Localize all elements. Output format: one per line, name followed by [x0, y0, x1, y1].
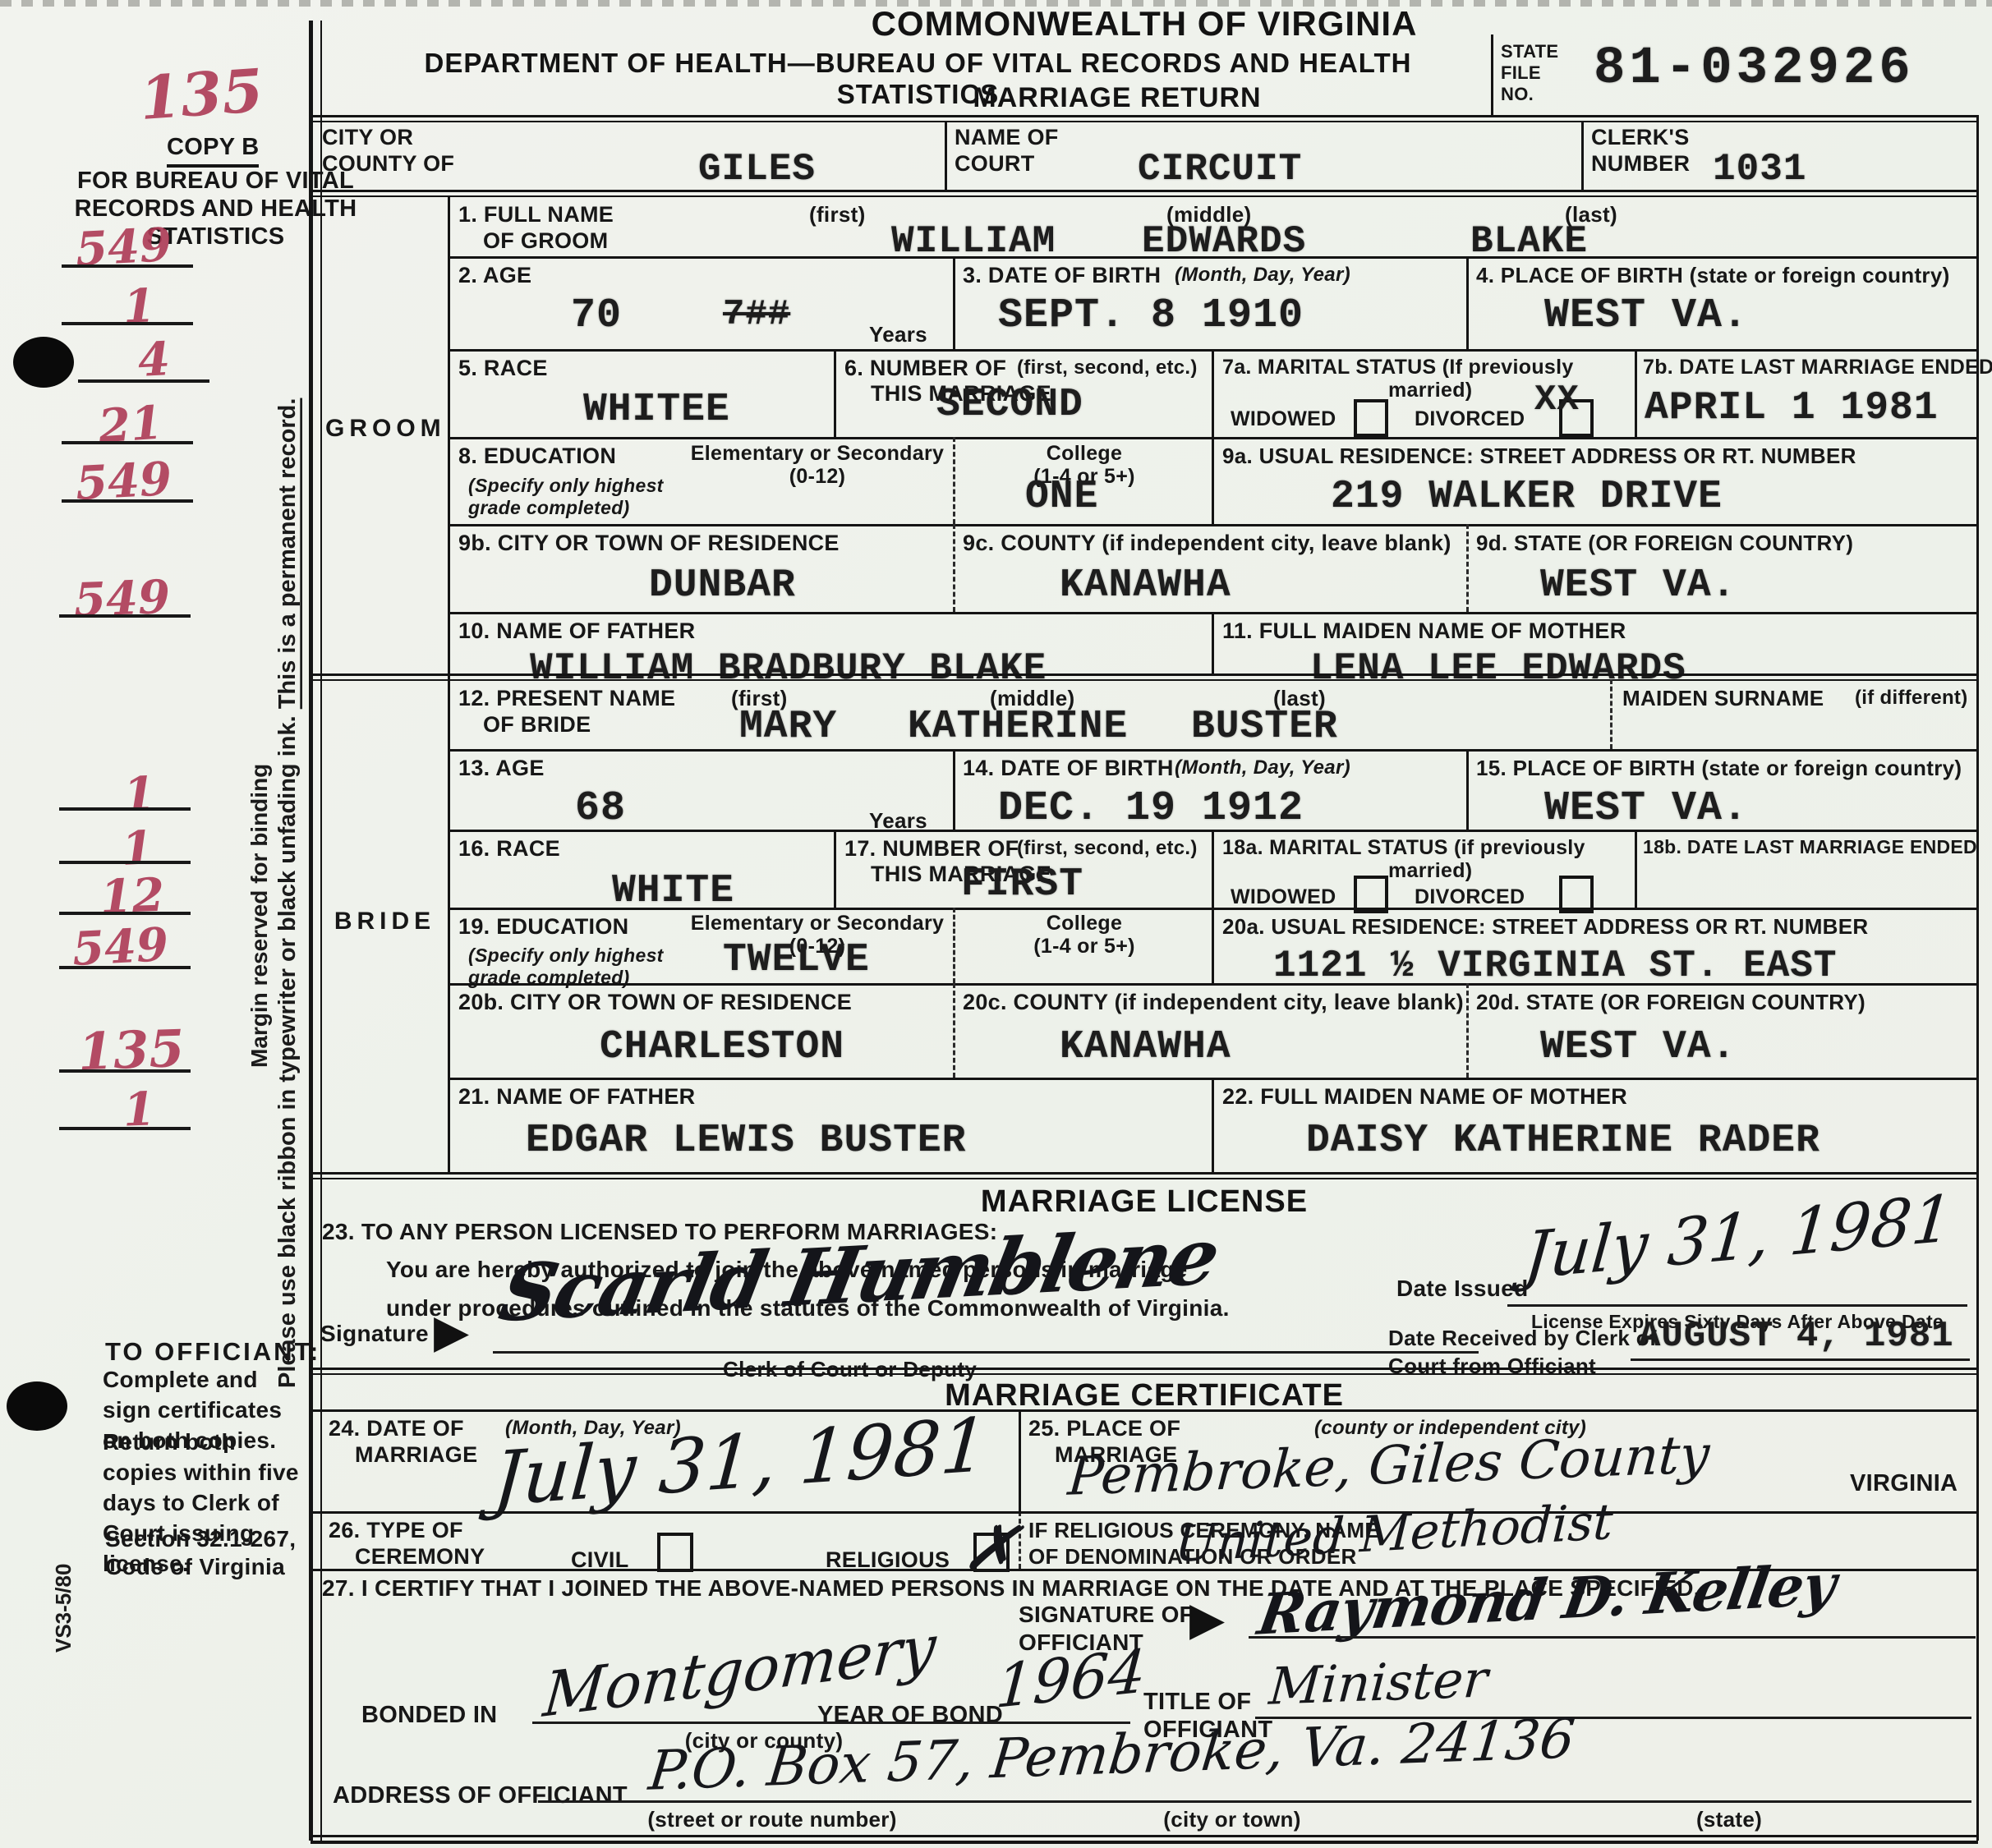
section-rule — [311, 1368, 1978, 1370]
cell-divider — [834, 830, 836, 908]
officiant-signature-label-1: SIGNATURE OF — [1019, 1602, 1194, 1628]
officiant-signature-arrow-icon: ▶ — [1189, 1592, 1225, 1646]
groom-county-value: KANAWHA — [1060, 563, 1231, 608]
form-left-border — [309, 21, 313, 1841]
bride-marriage-no-value: FIRST — [961, 862, 1083, 907]
groom-dob-label: 3. DATE OF BIRTH — [963, 263, 1161, 288]
cell-divider — [1212, 830, 1214, 908]
groom-father-value: WILLIAM BRADBURY BLAKE — [530, 647, 1047, 690]
date-received-label-1: Date Received by Clerk of — [1388, 1326, 1657, 1351]
section-column-divider — [448, 195, 450, 1175]
denomination-value: United Methodist — [1174, 1493, 1615, 1574]
margin-rule — [59, 1127, 191, 1130]
groom-pob-value: WEST VA. — [1544, 292, 1748, 339]
groom-years-label: Years — [869, 322, 927, 347]
bride-name-label-2: OF BRIDE — [483, 712, 591, 738]
signature-arrow-icon: ▶ — [434, 1304, 469, 1358]
section-rule2 — [311, 1178, 1978, 1179]
groom-race-value: WHITEE — [583, 388, 730, 432]
groom-pob-label: 4. PLACE OF BIRTH (state or foreign coun… — [1476, 263, 1950, 288]
marriage-return-document: 135 COPY B FOR BUREAU OF VITAL RECORDS A… — [0, 0, 1992, 1848]
bride-college-header-1: College — [957, 912, 1212, 935]
groom-county-label: 9c. COUNTY (if independent city, leave b… — [963, 531, 1451, 556]
certificate-title: MARRIAGE CERTIFICATE — [311, 1378, 1978, 1414]
copy-label: COPY B — [167, 134, 259, 168]
bride-widowed-label: WIDOWED — [1231, 885, 1336, 909]
groom-age-struck: 7## — [723, 294, 790, 335]
bride-age-label: 13. AGE — [458, 756, 545, 781]
margin-page-number: 135 — [137, 55, 265, 133]
groom-state-value: WEST VA. — [1540, 563, 1736, 608]
bride-last-name: BUSTER — [1191, 705, 1338, 749]
officiant-address-label: ADDRESS OF OFFICIANT — [333, 1782, 628, 1809]
groom-marital-label-2: married) — [1388, 379, 1472, 402]
ink-note-text: Please use black ribbon in typewriter or… — [274, 709, 301, 1388]
cell-divider — [834, 349, 836, 437]
state-file-label-1: STATE — [1501, 41, 1558, 62]
ceremony-type-label-2: CEREMONY — [355, 1544, 485, 1570]
bride-mother-label: 22. FULL MAIDEN NAME OF MOTHER — [1222, 1084, 1627, 1110]
maiden-surname-sub: (if different) — [1855, 687, 1968, 710]
cell-divider-dashed — [953, 437, 955, 524]
cell-divider-dashed — [953, 908, 955, 983]
bride-state-value: WEST VA. — [1540, 1025, 1736, 1069]
form-bottom-border2 — [311, 1841, 1978, 1844]
bride-section-label: BRIDE — [325, 908, 444, 935]
officiant-address-line — [538, 1800, 1971, 1803]
margin-number: 21 — [97, 395, 164, 453]
groom-last-ended-label: 7b. DATE LAST MARRIAGE ENDED — [1643, 356, 1992, 379]
bride-middle-name: KATHERINE — [908, 705, 1128, 749]
groom-city-label: 9b. CITY OR TOWN OF RESIDENCE — [458, 531, 840, 556]
city-county-value: GILES — [698, 148, 816, 191]
groom-marriage-no-value: SECOND — [936, 383, 1083, 427]
maiden-divider-dashed — [1610, 679, 1612, 749]
clerk-number-value: 1031 — [1713, 148, 1806, 191]
court-row-rule — [311, 190, 1978, 192]
section-rule — [311, 1172, 1978, 1175]
bride-mother-value: DAISY KATHERINE RADER — [1306, 1119, 1820, 1163]
cert-column-divider — [1019, 1409, 1021, 1511]
margin-rule — [59, 614, 191, 618]
cell-divider-dashed — [1466, 524, 1469, 612]
court-name-value: CIRCUIT — [1138, 148, 1302, 191]
groom-education-spec-1: (Specify only highest — [468, 475, 664, 497]
groom-age-value: 70 — [571, 292, 622, 339]
bond-year-value: 1964 — [994, 1636, 1148, 1722]
court-row-rule2 — [311, 195, 1978, 197]
header-rule2 — [311, 121, 1978, 122]
maiden-surname-header: MAIDEN SURNAME — [1622, 686, 1824, 711]
groom-last-ended-value: APRIL 1 1981 — [1645, 386, 1939, 430]
cell-divider-dashed — [953, 983, 955, 1078]
address-city-sub: (city or town) — [1109, 1807, 1355, 1832]
clerk-number-label-1: CLERK'S — [1591, 125, 1690, 150]
bride-marital-label-2: married) — [1388, 859, 1472, 883]
groom-name-label-1: 1. FULL NAME — [458, 202, 614, 228]
form-left-inner-border — [320, 21, 322, 1841]
cell-divider — [1635, 830, 1637, 908]
cell-divider — [1212, 908, 1214, 983]
margin-rule — [78, 379, 209, 383]
bride-county-value: KANAWHA — [1060, 1025, 1231, 1069]
bride-education-label: 19. EDUCATION — [458, 914, 628, 940]
bride-race-value: WHITE — [612, 869, 734, 913]
court-divider-1 — [945, 121, 947, 191]
punch-hole-bottom — [7, 1381, 67, 1431]
groom-dob-sub: (Month, Day, Year) — [1175, 264, 1350, 287]
margin-number: 1 — [122, 278, 156, 333]
bride-elementary-header-1: Elementary or Secondary — [682, 912, 953, 935]
marriage-place-label-1: 25. PLACE OF — [1028, 1416, 1180, 1441]
cell-divider — [1466, 749, 1469, 830]
clerk-signature-line — [493, 1351, 1479, 1354]
bride-dob-label: 14. DATE OF BIRTH — [963, 756, 1174, 781]
groom-widowed-checkbox — [1354, 399, 1388, 437]
city-county-label-2: COUNTY OF — [322, 151, 454, 177]
bride-residence-value: 1121 ½ VIRGINIA ST. EAST — [1273, 945, 1838, 987]
groom-section-label: GROOM — [325, 415, 444, 443]
bride-last-ended-label: 18b. DATE LAST MARRIAGE ENDED — [1643, 836, 1977, 858]
margin-number: 1 — [122, 766, 156, 821]
marriage-date-label-1: 24. DATE OF — [329, 1416, 464, 1441]
groom-residence-value: 219 WALKER DRIVE — [1331, 475, 1723, 519]
margin-rule — [62, 322, 193, 325]
state-file-label-3: NO. — [1501, 84, 1534, 105]
clerk-number-label-2: NUMBER — [1591, 151, 1690, 177]
margin-rule — [59, 966, 191, 969]
groom-marital-label-1: 7a. MARITAL STATUS (If previously — [1222, 356, 1574, 379]
permanent-record-note: This is a permanent record. — [274, 398, 301, 710]
bride-race-label: 16. RACE — [458, 836, 560, 862]
cell-divider — [1635, 349, 1637, 437]
margin-rule — [59, 912, 191, 915]
date-issued-label: Date Issued — [1396, 1276, 1528, 1302]
margin-rule — [62, 441, 193, 444]
court-name-label-2: COURT — [955, 151, 1035, 177]
cert-row-rule — [311, 1511, 1978, 1514]
bride-marriage-no-sub: (first, second, etc.) — [1017, 837, 1198, 860]
signature-label: Signature — [320, 1321, 429, 1347]
date-received-label-2: Court from Officiant — [1388, 1354, 1596, 1379]
bride-education-spec-1: (Specify only highest — [468, 945, 664, 967]
cell-divider-dashed — [1466, 983, 1469, 1078]
cell-divider-dashed — [953, 524, 955, 612]
bond-year-label: YEAR OF BOND — [817, 1702, 1003, 1729]
margin-number: 549 — [73, 570, 171, 627]
margin-number: 12 — [99, 868, 165, 925]
cell-divider — [953, 256, 955, 349]
bride-father-label: 21. NAME OF FATHER — [458, 1084, 695, 1110]
virginia-label: VIRGINIA — [1850, 1470, 1957, 1497]
cert-title-rule — [311, 1409, 1978, 1412]
bride-first-name: MARY — [739, 705, 837, 749]
bride-dob-sub: (Month, Day, Year) — [1175, 756, 1350, 779]
code-reference-line2: Code of Virginia — [105, 1554, 285, 1580]
groom-age-label: 2. AGE — [458, 263, 531, 288]
groom-college-value: ONE — [1025, 475, 1098, 519]
bride-name-label-1: 12. PRESENT NAME — [458, 686, 675, 711]
margin-rule — [59, 807, 191, 811]
binding-note: Margin reserved for binding — [246, 715, 273, 1068]
groom-marriage-no-sub: (first, second, etc.) — [1017, 356, 1198, 379]
margin-number: 549 — [74, 218, 173, 277]
form-bottom-border — [311, 1835, 1978, 1837]
form-code: VS3-5/80 — [51, 1505, 76, 1653]
bride-pob-label: 15. PLACE OF BIRTH (state or foreign cou… — [1476, 756, 1962, 781]
bride-state-label: 20d. STATE (OR FOREIGN COUNTRY) — [1476, 990, 1865, 1015]
section-rule2 — [311, 1373, 1978, 1375]
commonwealth-title: COMMONWEALTH OF VIRGINIA — [311, 4, 1978, 44]
groom-dob-value: SEPT. 8 1910 — [998, 292, 1304, 339]
bride-dob-value: DEC. 19 1912 — [998, 785, 1304, 832]
groom-name-label-2: OF GROOM — [483, 228, 608, 254]
bride-city-label: 20b. CITY OR TOWN OF RESIDENCE — [458, 990, 852, 1015]
bride-age-value: 68 — [575, 785, 626, 832]
groom-state-label: 9d. STATE (OR FOREIGN COUNTRY) — [1476, 531, 1853, 556]
civil-checkbox — [657, 1533, 693, 1572]
groom-father-label: 10. NAME OF FATHER — [458, 618, 695, 644]
bride-county-label: 20c. COUNTY (if independent city, leave … — [963, 990, 1464, 1015]
margin-rule — [59, 1069, 191, 1073]
margin-rule — [59, 861, 191, 864]
groom-divorced-label: DIVORCED — [1415, 407, 1525, 431]
cell-divider — [953, 749, 955, 830]
groom-marriage-no-label-1: 6. NUMBER OF — [844, 356, 1006, 381]
punch-hole-top — [13, 337, 74, 388]
section-rule2 — [311, 679, 1978, 681]
copy-for-line2: RECORDS AND HEALTH — [33, 195, 398, 223]
bride-city-value: CHARLESTON — [600, 1025, 844, 1069]
groom-education-label: 8. EDUCATION — [458, 444, 616, 469]
state-file-number: 81-032926 — [1594, 39, 1915, 99]
cell-divider — [1212, 437, 1214, 524]
cell-divider — [1466, 256, 1469, 349]
groom-race-label: 5. RACE — [458, 356, 548, 381]
row-rule — [448, 749, 1978, 752]
court-name-label-1: NAME OF — [955, 125, 1059, 150]
officiant-signature-line — [1249, 1636, 1976, 1639]
groom-education-spec-2: grade completed) — [468, 497, 630, 519]
state-file-label-2: FILE — [1501, 62, 1541, 84]
cell-divider — [1212, 612, 1214, 673]
city-county-label-1: CITY OR — [322, 125, 413, 150]
bride-marital-label-1: 18a. MARITAL STATUS (if previously — [1222, 836, 1585, 860]
groom-mother-label: 11. FULL MAIDEN NAME OF MOTHER — [1222, 618, 1626, 644]
court-divider-2 — [1581, 121, 1584, 191]
doc-type-title: MARRIAGE RETURN — [739, 82, 1495, 114]
ceremony-type-label-1: 26. TYPE OF — [329, 1518, 463, 1543]
address-street-sub: (street or route number) — [633, 1807, 912, 1832]
elementary-header-1: Elementary or Secondary — [682, 442, 953, 466]
section-rule — [311, 673, 1978, 676]
officiant-title-label-1: TITLE OF — [1143, 1689, 1251, 1716]
row-rule — [448, 256, 1978, 259]
state-file-divider — [1491, 34, 1493, 115]
address-state-sub: (state) — [1622, 1807, 1836, 1832]
elementary-header-2: (0-12) — [682, 465, 953, 489]
cell-divider — [1212, 1078, 1214, 1172]
college-header-1: College — [957, 442, 1212, 466]
date-received-value: AUGUST 4, 1981 — [1639, 1316, 1954, 1357]
bride-father-value: EDGAR LEWIS BUSTER — [526, 1119, 966, 1163]
bride-marriage-no-label-1: 17. NUMBER OF — [844, 836, 1019, 862]
code-reference-line1: Section 32.1-267, — [105, 1526, 296, 1552]
date-received-line — [1631, 1358, 1970, 1361]
marriage-date-label-2: MARRIAGE — [355, 1442, 477, 1468]
cell-divider — [1212, 349, 1214, 437]
margin-rule — [62, 264, 193, 268]
ink-note: Please use black ribbon in typewriter or… — [274, 345, 301, 1388]
row-rule — [448, 983, 1978, 986]
groom-residence-label: 9a. USUAL RESIDENCE: STREET ADDRESS OR R… — [1222, 444, 1856, 469]
groom-widowed-label: WIDOWED — [1231, 407, 1336, 431]
row-rule — [448, 524, 1978, 526]
officiant-title-value: Minister — [1267, 1648, 1490, 1717]
groom-divorced-mark: XX — [1534, 379, 1580, 421]
bride-college-header-2: (1-4 or 5+) — [957, 935, 1212, 958]
bride-elementary-value: TWELVE — [723, 938, 870, 982]
bonded-in-label: BONDED IN — [361, 1702, 497, 1729]
date-issued-line — [1507, 1304, 1967, 1307]
groom-city-value: DUNBAR — [649, 563, 796, 608]
margin-rule — [62, 499, 193, 503]
bride-residence-label: 20a. USUAL RESIDENCE: STREET ADDRESS OR … — [1222, 914, 1868, 940]
header-rule — [311, 115, 1978, 117]
bride-pob-value: WEST VA. — [1544, 785, 1748, 832]
groom-mother-value: LENA LEE EDWARDS — [1310, 647, 1686, 690]
first-header: (first) — [809, 202, 866, 228]
bride-divorced-label: DIVORCED — [1415, 885, 1525, 909]
